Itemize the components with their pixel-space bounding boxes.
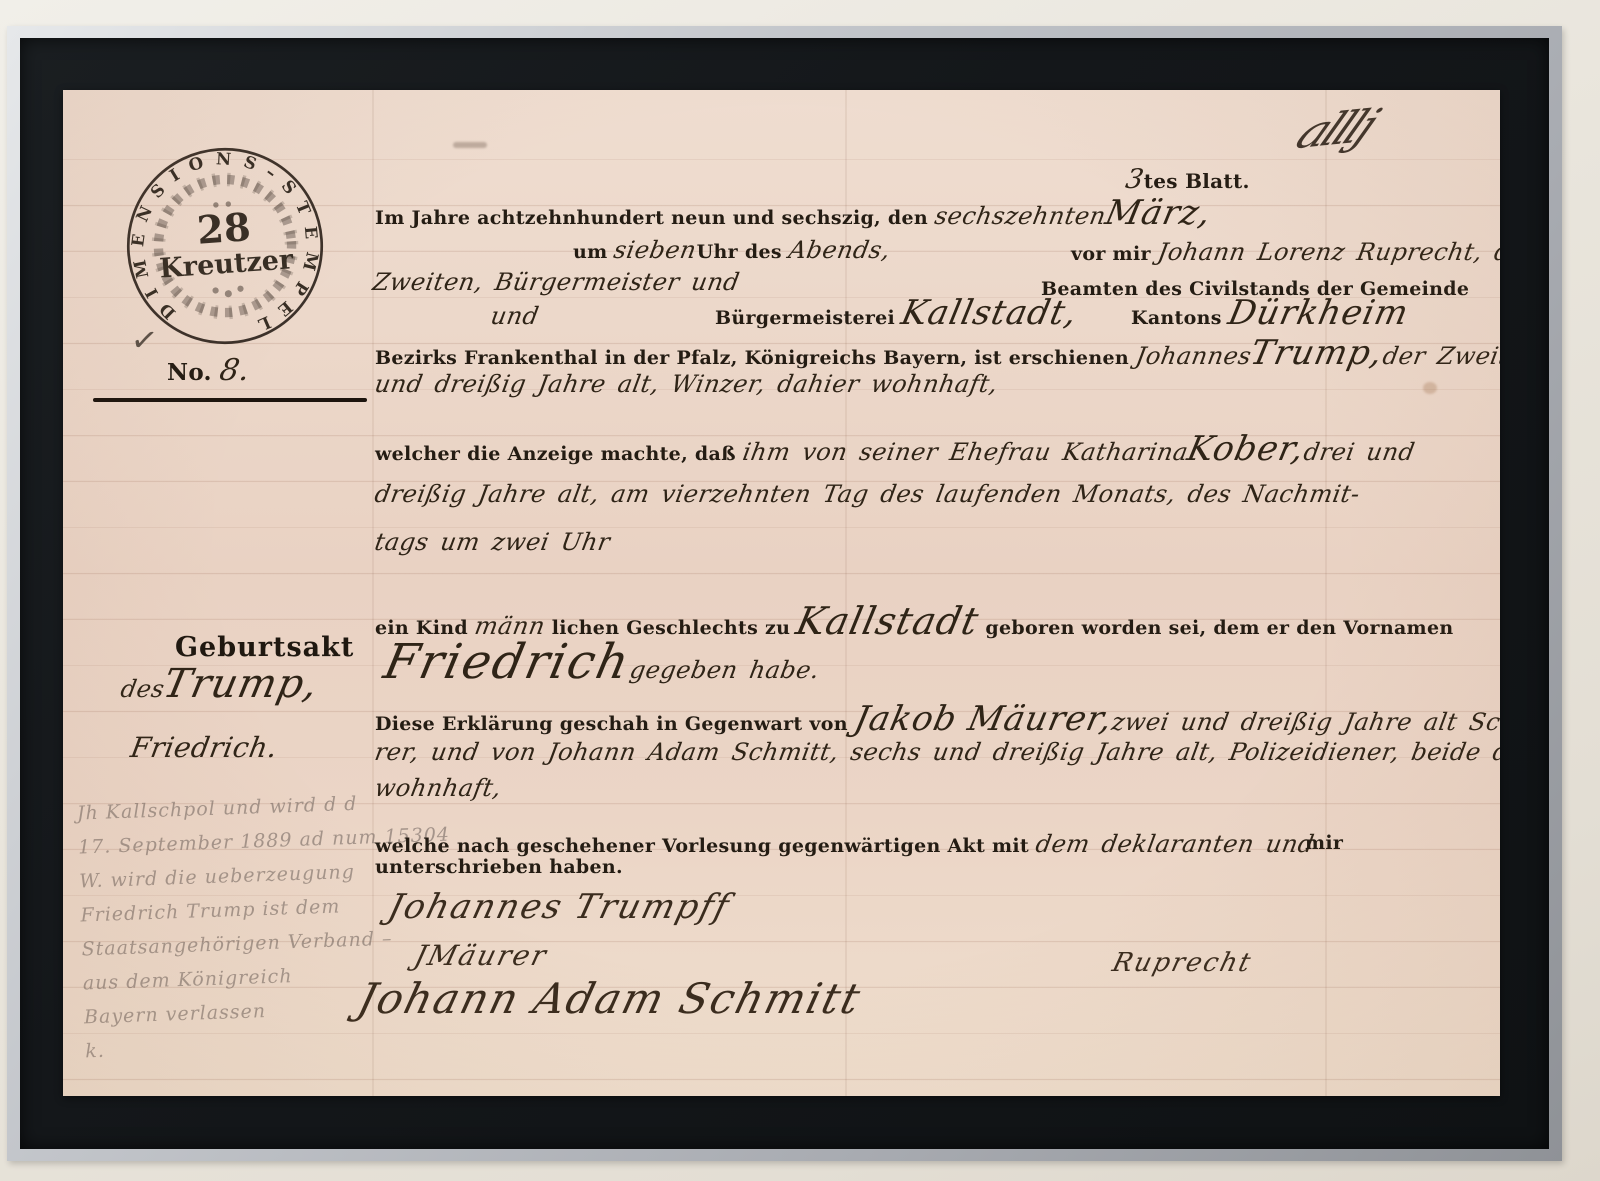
signature-maeurer: JMäurer [415,942,547,970]
handwritten-text: rer, und von Johann Adam Schmitt, sechs … [373,740,1500,764]
printed-text: unterschrieben haben. [375,856,623,878]
handwritten-text: März, [1102,196,1214,230]
printed-text: welcher die Anzeige machte, daß [375,443,743,465]
handwritten-text: Friedrich. [129,734,280,762]
handwritten-text: Kallstadt, [898,296,1080,330]
printed-text: Geburtsakt [175,632,354,663]
line-closing: welche nach geschehener Vorlesung gegenw… [375,832,1314,856]
printed-text: tes Blatt. [1144,169,1250,193]
handwritten-text: sechszehnten [933,204,1108,228]
handwritten-text: wohnhaft, [373,776,504,800]
handwritten-text: der Zweite, neun [1381,344,1500,368]
margin-given-name: Friedrich. [131,734,277,762]
printed-text: Im Jahre achtzehnhundert neun und sechsz… [375,207,935,229]
corner-scribble: alllj [1303,106,1369,152]
handwritten-text: ihm von seiner Ehefrau Katharina [741,440,1190,464]
signature-ruprecht: Ruprecht [1113,950,1252,976]
record-number-rule [93,398,367,402]
handwritten-text: dem deklaranten und [1034,832,1316,856]
line-witness-1: Diese Erklärung geschah in Gegenwart von… [375,702,1500,736]
handwritten-text: 3 [1124,166,1146,193]
printed-text: Bürgermeisterei [715,307,902,329]
handwritten-text: 8. [218,356,253,386]
handwritten-text: ✓ [129,322,161,357]
printed-text: welche nach geschehener Vorlesung gegenw… [375,835,1036,857]
line-birth-time: tags um zwei Uhr [375,530,610,554]
handwritten-text: Jakob Mäurer, [851,702,1115,736]
line-buergermeisterei: Bürgermeisterei Kallstadt, [715,296,1077,330]
handwritten-text: alllj [1289,103,1383,156]
stamp-value: 28 [196,205,253,254]
handwritten-text: Trump, [1248,336,1387,370]
ink-smudge [453,142,487,148]
line-und: und [491,304,539,328]
handwritten-text: Johann Adam Schmitt [354,978,866,1020]
signature-schmitt: Johann Adam Schmitt [359,978,860,1020]
printed-text: Bezirks Frankenthal in der Pfalz, Königr… [375,347,1136,369]
printed-text: Diese Erklärung geschah in Gegenwart von [375,713,855,735]
line-witness-2: rer, und von Johann Adam Schmitt, sechs … [375,740,1500,764]
line-mir: mir [1305,834,1343,853]
handwritten-text: Abends, [787,238,892,262]
photo-wall: { "colors":{"wall":"#e9e5dc","frame_silv… [0,0,1600,1181]
checkmark: ✓ [131,324,158,356]
handwritten-text: Kober, [1184,432,1307,466]
line-wohnhaft: wohnhaft, [375,776,501,800]
printed-text: vor mir [1071,243,1158,265]
line-notice-wife: welcher die Anzeige machte, daß ihm von … [375,432,1415,466]
handwritten-text: gegeben habe. [628,658,821,682]
handwritten-text: Trump, [160,664,322,704]
sheet-note: 3 tes Blatt. [1126,166,1250,193]
margin-name-line: des Trump, [121,664,318,704]
handwritten-text: zwei und dreißig Jahre alt Schulleh- [1110,710,1500,734]
handwritten-text: und [489,304,541,328]
line-kanton: Kantons Dürkheim [1131,296,1408,330]
margin-title: Geburtsakt [175,634,354,661]
handwritten-text: Johannes Trumpff [385,890,734,924]
handwritten-text: Johann Lorenz Ruprecht, dem [1156,240,1500,264]
handwritten-text: Dürkheim [1225,296,1411,330]
line-official: vor mir Johann Lorenz Ruprecht, dem [1071,240,1500,264]
line-year-date: Im Jahre achtzehnhundert neun und sechsz… [375,196,1211,230]
line-mayor: Zweiten, Bürgermeister und [373,270,739,294]
handwritten-text: dreißig Jahre alt, am vierzehnten Tag de… [373,482,1362,506]
printed-text: No. [167,359,220,386]
handwritten-text: JMäurer [412,942,551,970]
handwritten-text: Zweiten, Bürgermeister und [371,270,742,294]
printed-text: Uhr des [697,241,789,263]
line-birth-date: dreißig Jahre alt, am vierzehnten Tag de… [375,482,1360,506]
line-child-name: Friedrich gegeben habe. [385,638,819,686]
document-paper: DIMENSIONS–STEMPEL 28 Kreutzer Jh Kallsc… [63,90,1500,1096]
printed-text: geboren worden sei, dem er den Vornamen [979,617,1454,639]
printed-text: um [573,241,614,263]
line-declarant: Bezirks Frankenthal in der Pfalz, Königr… [375,336,1500,370]
line-declarant-details: und dreißig Jahre alt, Winzer, dahier wo… [375,372,998,396]
signature-trump: Johannes Trumpff [389,890,729,924]
handwritten-text: des [119,677,167,701]
handwritten-text: Johannes [1134,344,1254,368]
handwritten-text: und dreißig Jahre alt, Winzer, dahier wo… [373,372,1000,396]
handwritten-text: Ruprecht [1110,950,1255,976]
record-number: No. 8. [167,356,250,386]
handwritten-text: Friedrich [380,638,635,686]
handwritten-text: Kallstadt [793,602,982,640]
handwritten-text: tags um zwei Uhr [373,530,612,554]
handwritten-text: drei und [1302,440,1417,464]
line-hour: um sieben Uhr des Abends, [573,238,890,262]
printed-text: Kantons [1131,307,1229,329]
line-unterschrieben: unterschrieben haben. [375,858,623,877]
printed-text: mir [1305,832,1343,854]
ink-stain [1423,382,1437,394]
stamp-unit: Kreutzer [158,244,294,284]
handwritten-text: sieben [612,238,698,262]
